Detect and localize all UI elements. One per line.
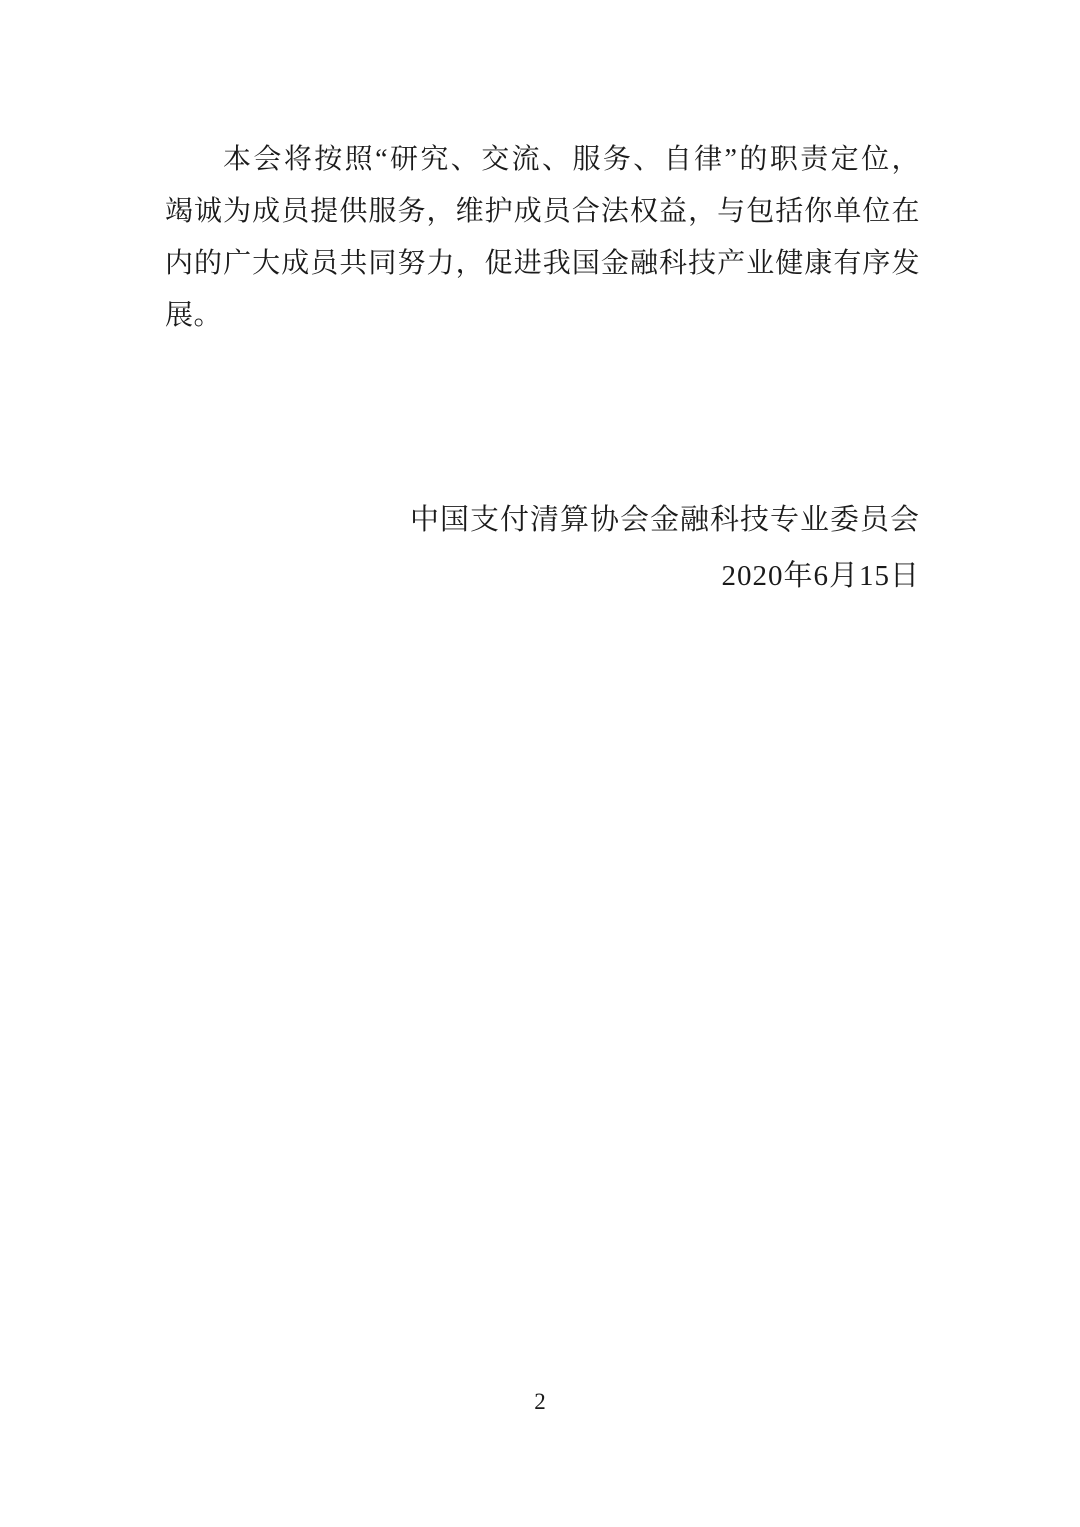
signature-block: 中国支付清算协会金融科技专业委员会 2020年6月15日	[165, 492, 920, 604]
signature-organization: 中国支付清算协会金融科技专业委员会	[165, 492, 920, 548]
paragraph-line-1: 本会将按照“研究、交流、服务、自律”的职责定位，	[165, 134, 920, 186]
page-number: 2	[534, 1389, 546, 1414]
page-footer: 2	[0, 1388, 1080, 1416]
paragraph-line-2: 竭诚为成员提供服务，维护成员合法权益，与包括你单位在	[165, 186, 920, 238]
paragraph-line-4: 展。	[165, 290, 920, 342]
letter-body: 本会将按照“研究、交流、服务、自律”的职责定位， 竭诚为成员提供服务，维护成员合…	[165, 134, 920, 342]
paragraph-line-3: 内的广大成员共同努力，促进我国金融科技产业健康有序发	[165, 238, 920, 290]
signature-date: 2020年6月15日	[165, 548, 920, 604]
document-page: 本会将按照“研究、交流、服务、自律”的职责定位， 竭诚为成员提供服务，维护成员合…	[0, 0, 1080, 1527]
